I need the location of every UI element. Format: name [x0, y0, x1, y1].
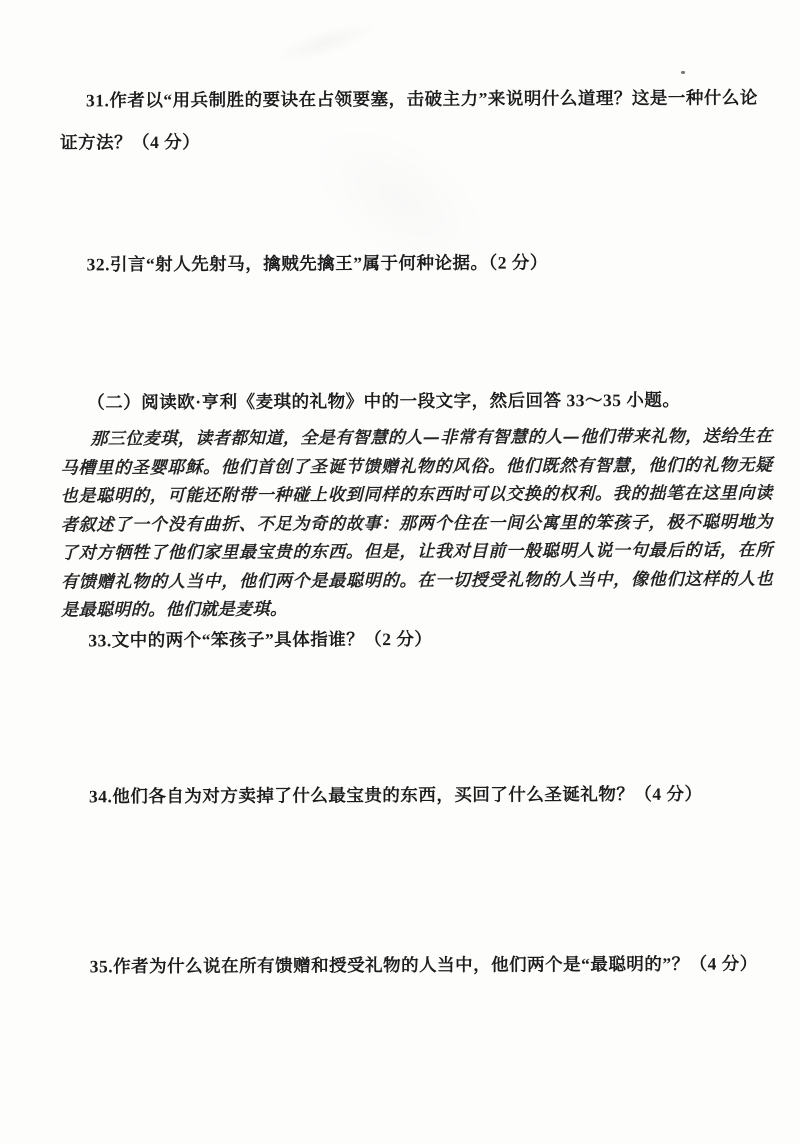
- question-35: 35.作者为什么说在所有馈赠和授受礼物的人当中，他们两个是“最聪明的”？（4 分…: [64, 950, 774, 979]
- question-31: 31.作者以“用兵制胜的要诀在占领要塞，击破主力”来说明什么道理？这是一种什么论…: [60, 76, 770, 163]
- exam-page: 31.作者以“用兵制胜的要诀在占领要塞，击破主力”来说明什么道理？这是一种什么论…: [0, 0, 800, 1145]
- page-content: 31.作者以“用兵制胜的要诀在占领要塞，击破主力”来说明什么道理？这是一种什么论…: [0, 0, 800, 1145]
- reading-passage: 那三位麦琪，读者都知道，全是有智慧的人—非常有智慧的人—他们带来礼物，送给生在马…: [60, 422, 773, 625]
- question-32: 32.引言“射人先射马，擒贼先擒王”属于何种论据。（2 分）: [61, 248, 771, 277]
- question-33: 33.文中的两个“笨孩子”具体指谁？（2 分）: [62, 624, 772, 653]
- question-34: 34.他们各自为对方卖掉了什么最宝贵的东西，买回了什么圣诞礼物？（4 分）: [63, 780, 773, 809]
- section-2-header: （二）阅读欧·亨利《麦琪的礼物》中的一段文字，然后回答 33～35 小题。: [61, 386, 773, 415]
